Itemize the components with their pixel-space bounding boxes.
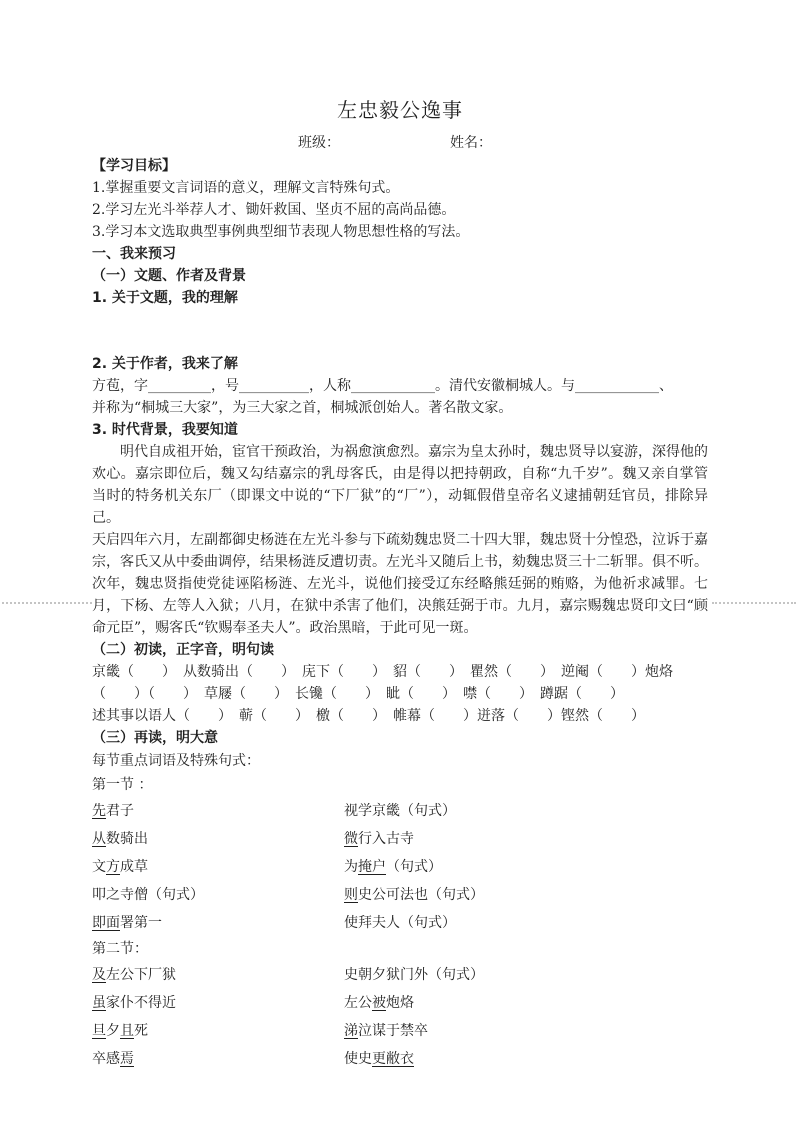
objective-item: 3.学习本文选取典型事例典型细节表现人物思想性格的写法。 bbox=[92, 221, 708, 243]
word-text: 炮烙 bbox=[386, 995, 414, 1011]
pronunciation-section-heading: （二）初读，正字音，明句读 bbox=[92, 639, 708, 661]
background-section-heading: （一）文题、作者及背景 bbox=[92, 265, 708, 287]
question3-heading: 3. 时代背景，我要知道 bbox=[92, 419, 708, 441]
underlined-word: 涕 bbox=[344, 1023, 358, 1039]
word-row: 旦夕且死涕泣谋于禁卒 bbox=[92, 1017, 708, 1045]
underlined-word: 及 bbox=[92, 967, 106, 983]
underlined-word: 则 bbox=[344, 887, 358, 903]
word-text: 叩之寺僧（句式） bbox=[92, 887, 204, 903]
word-text: 史公可法也（句式） bbox=[358, 887, 484, 903]
pinyin-line: 述其事以语人（ ） 蕲（ ） 檄（ ） 帷幕（ ）迸落（ ）铿然（ ） bbox=[92, 705, 708, 727]
word-text: 文 bbox=[92, 859, 106, 875]
word-row-left: 即面署第一 bbox=[92, 909, 344, 937]
question2-heading: 2. 关于作者，我来了解 bbox=[92, 353, 708, 375]
objective-item: 2.学习左光斗举荐人才、锄奸救国、坚贞不屈的高尚品德。 bbox=[92, 199, 708, 221]
part1-label: 第一节 ： bbox=[92, 773, 708, 797]
word-row-left: 虽家仆不得近 bbox=[92, 989, 344, 1017]
word-row-left: 卒感焉 bbox=[92, 1045, 344, 1073]
objectives-heading: 【学习目标】 bbox=[92, 155, 708, 177]
word-row: 从数骑出微行入古寺 bbox=[92, 825, 708, 853]
word-text: 泣谋于禁卒 bbox=[358, 1023, 428, 1039]
word-text: 署第一 bbox=[120, 915, 162, 931]
author-fill-line-2: 并称为“桐城三大家”，为三大家之首，桐城派创始人。著名散文家。 bbox=[92, 397, 708, 419]
pinyin-line: （ ）（ ） 草屦（ ） 长镵（ ） 眦（ ） 噤（ ） 蹲踞（ ） bbox=[92, 683, 708, 705]
word-text: 夕 bbox=[106, 1023, 120, 1039]
answer-blank-space bbox=[92, 309, 708, 353]
document-page: 左忠毅公逸事 班级： 姓名： 【学习目标】 1.掌握重要文言词语的意义，理解文言… bbox=[0, 0, 800, 1132]
word-row-right: 微行入古寺 bbox=[344, 825, 708, 853]
word-row: 虽家仆不得近左公被炮烙 bbox=[92, 989, 708, 1017]
underlined-word: 先 bbox=[92, 803, 106, 819]
author-fill-line-1: 方苞，字_________，号__________，人称____________… bbox=[92, 375, 708, 397]
word-row-left: 文方成草 bbox=[92, 853, 344, 881]
pinyin-exercise: 京畿（ ） 从数骑出（ ） 庑下（ ） 貂（ ） 瞿然（ ） 逆阉（ ）炮烙（ … bbox=[92, 661, 708, 727]
underlined-word: 被 bbox=[372, 995, 386, 1011]
underlined-word: 掩户 bbox=[358, 859, 386, 875]
word-text: 视学京畿（句式） bbox=[344, 803, 456, 819]
word-row: 先君子视学京畿（句式） bbox=[92, 797, 708, 825]
word-text: 数骑出 bbox=[106, 831, 148, 847]
word-row-right: 则史公可法也（句式） bbox=[344, 881, 708, 909]
word-row: 叩之寺僧（句式）则史公可法也（句式） bbox=[92, 881, 708, 909]
word-row-left: 叩之寺僧（句式） bbox=[92, 881, 344, 909]
class-name-row: 班级： 姓名： bbox=[92, 131, 708, 155]
word-text: （句式） bbox=[386, 859, 442, 875]
underlined-word: 且 bbox=[120, 1023, 134, 1039]
word-text: 卒感 bbox=[92, 1051, 120, 1067]
underlined-word: 从 bbox=[92, 831, 106, 847]
meaning-section-heading: （三）再读，明大意 bbox=[92, 727, 708, 749]
question1-heading: 1. 关于文题，我的理解 bbox=[92, 287, 708, 309]
word-text: 左公 bbox=[344, 995, 372, 1011]
word-row-right: 史朝夕狱门外（句式） bbox=[344, 961, 708, 989]
page-break-dotted-line-left bbox=[2, 602, 92, 604]
word-row-right: 为掩户（句式） bbox=[344, 853, 708, 881]
class-label: 班级： bbox=[298, 131, 340, 155]
word-row: 文方成草为掩户（句式） bbox=[92, 853, 708, 881]
word-text: 左公下厂狱 bbox=[106, 967, 176, 983]
background-paragraph-2: 天启四年六月，左副都御史杨涟在左光斗参与下疏劾魏忠贤二十四大罪，魏忠贤十分惶恐，… bbox=[92, 529, 708, 639]
meaning-intro: 每节重点词语及特殊句式： bbox=[92, 749, 708, 773]
word-row-right: 使史更敝衣 bbox=[344, 1045, 708, 1073]
word-text: 使史 bbox=[344, 1051, 372, 1067]
background-paragraph-1: 明代自成祖开始，宦官干预政治，为祸愈演愈烈。嘉宗为皇太孙时，魏忠贤导以宴游，深得… bbox=[92, 441, 708, 529]
pinyin-line: 京畿（ ） 从数骑出（ ） 庑下（ ） 貂（ ） 瞿然（ ） 逆阉（ ）炮烙 bbox=[92, 661, 708, 683]
word-row-right: 涕泣谋于禁卒 bbox=[344, 1017, 708, 1045]
word-text: 史朝夕狱门外（句式） bbox=[344, 967, 484, 983]
underlined-word: 微 bbox=[344, 831, 358, 847]
underlined-word: 旦 bbox=[92, 1023, 106, 1039]
underlined-word: 方 bbox=[106, 859, 120, 875]
word-row-left: 及左公下厂狱 bbox=[92, 961, 344, 989]
word-row-left: 旦夕且死 bbox=[92, 1017, 344, 1045]
word-row-right: 视学京畿（句式） bbox=[344, 797, 708, 825]
objective-item: 1.掌握重要文言词语的意义，理解文言特殊句式。 bbox=[92, 177, 708, 199]
underlined-word: 更敝衣 bbox=[372, 1051, 414, 1067]
page-title: 左忠毅公逸事 bbox=[92, 95, 708, 125]
word-text: 家仆不得近 bbox=[106, 995, 176, 1011]
word-row-right: 使拜夫人（句式） bbox=[344, 909, 708, 937]
objectives-list: 1.掌握重要文言词语的意义，理解文言特殊句式。2.学习左光斗举荐人才、锄奸救国、… bbox=[92, 177, 708, 243]
document-content: 左忠毅公逸事 班级： 姓名： 【学习目标】 1.掌握重要文言词语的意义，理解文言… bbox=[92, 95, 708, 1073]
page-break-dotted-line-right bbox=[712, 602, 796, 604]
word-row: 即面署第一使拜夫人（句式） bbox=[92, 909, 708, 937]
part2-label: 第二节： bbox=[92, 937, 708, 961]
underlined-word: 虽 bbox=[92, 995, 106, 1011]
part2-word-list: 及左公下厂狱史朝夕狱门外（句式）虽家仆不得近左公被炮烙旦夕且死涕泣谋于禁卒卒感焉… bbox=[92, 961, 708, 1073]
name-label: 姓名： bbox=[450, 131, 492, 155]
word-row: 及左公下厂狱史朝夕狱门外（句式） bbox=[92, 961, 708, 989]
word-text: 行入古寺 bbox=[358, 831, 414, 847]
word-row-right: 左公被炮烙 bbox=[344, 989, 708, 1017]
preview-heading: 一、我来预习 bbox=[92, 243, 708, 265]
word-text: 君子 bbox=[106, 803, 134, 819]
word-text: 使拜夫人（句式） bbox=[344, 915, 456, 931]
word-row-left: 先君子 bbox=[92, 797, 344, 825]
underlined-word: 即面 bbox=[92, 915, 120, 931]
word-text: 成草 bbox=[120, 859, 148, 875]
underlined-word: 焉 bbox=[120, 1051, 134, 1067]
word-row-left: 从数骑出 bbox=[92, 825, 344, 853]
word-row: 卒感焉使史更敝衣 bbox=[92, 1045, 708, 1073]
word-text: 死 bbox=[134, 1023, 148, 1039]
part1-word-list: 先君子视学京畿（句式）从数骑出微行入古寺文方成草为掩户（句式）叩之寺僧（句式）则… bbox=[92, 797, 708, 937]
word-text: 为 bbox=[344, 859, 358, 875]
